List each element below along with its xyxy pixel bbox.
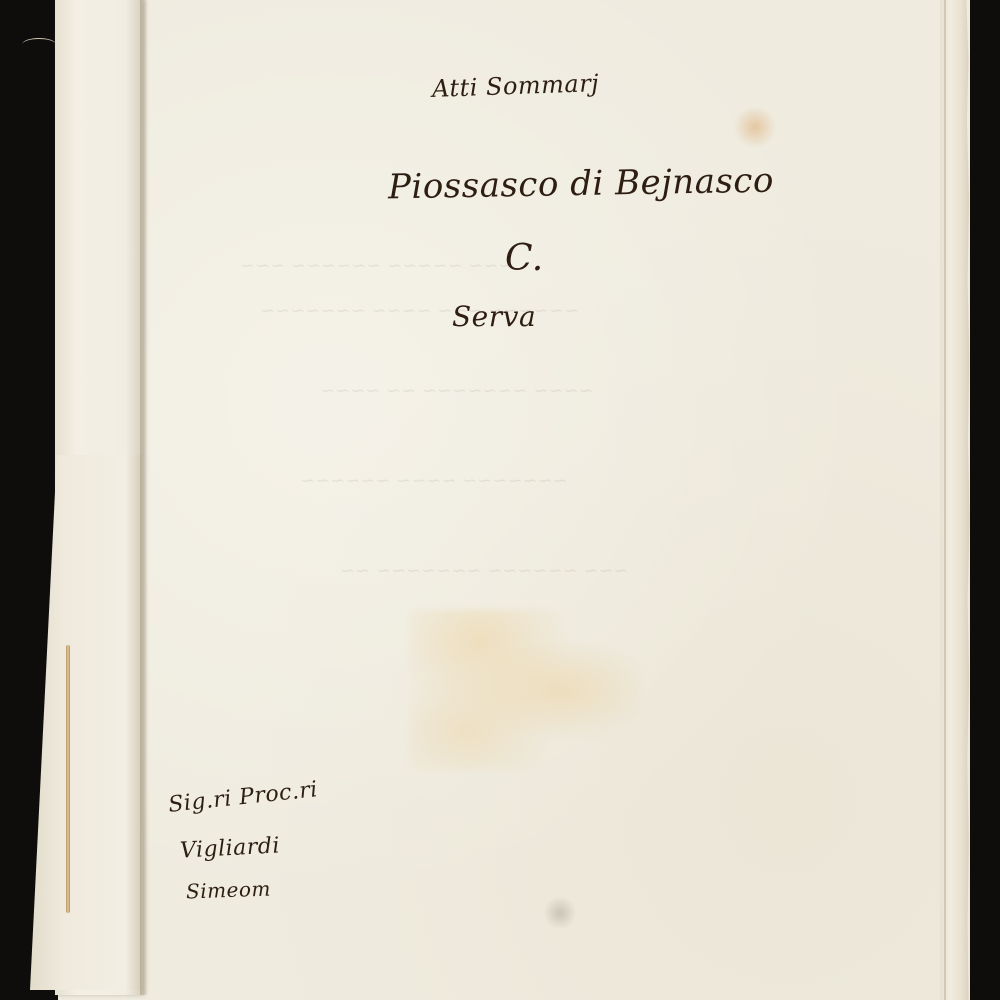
- heading-line-conjunction: C.: [505, 238, 544, 279]
- loose-thread: [22, 38, 56, 51]
- scanned-manuscript: ~~~ ~~~~~ ~~~~~~ ~~~ ~~~~~~ ~~~ ~~~~ ~~~…: [0, 0, 1000, 1000]
- show-through-line: ~~~~ ~~~~~~~ ~~ ~~~~: [320, 380, 594, 401]
- binding-stitch-thread: [66, 645, 70, 913]
- smudge-mark: [545, 895, 575, 931]
- heading-line-piossasco: Piossasco di Bejnasco: [388, 161, 775, 208]
- page-edge-line: [944, 0, 946, 1000]
- binding-strip-lower-fold: [30, 455, 142, 990]
- annotation-line-vigliardi: Vigliardi: [179, 833, 280, 863]
- heading-line-serva: Serva: [452, 300, 536, 333]
- show-through-line: ~~~~~~~ ~~~~ ~~~~~~: [300, 470, 568, 491]
- show-through-line: ~~~ ~~~~~~ ~~~~~~~ ~~: [340, 560, 629, 581]
- water-stain: [410, 610, 640, 770]
- show-through-line: ~~~ ~~~~~ ~~~~~~ ~~~: [240, 255, 514, 276]
- annotation-line-simeom: Simeom: [186, 877, 272, 904]
- foxing-spot: [732, 108, 778, 146]
- heading-line-atti-sommarj: Atti Sommarj: [432, 69, 600, 103]
- binding-fold-shadow: [140, 0, 148, 995]
